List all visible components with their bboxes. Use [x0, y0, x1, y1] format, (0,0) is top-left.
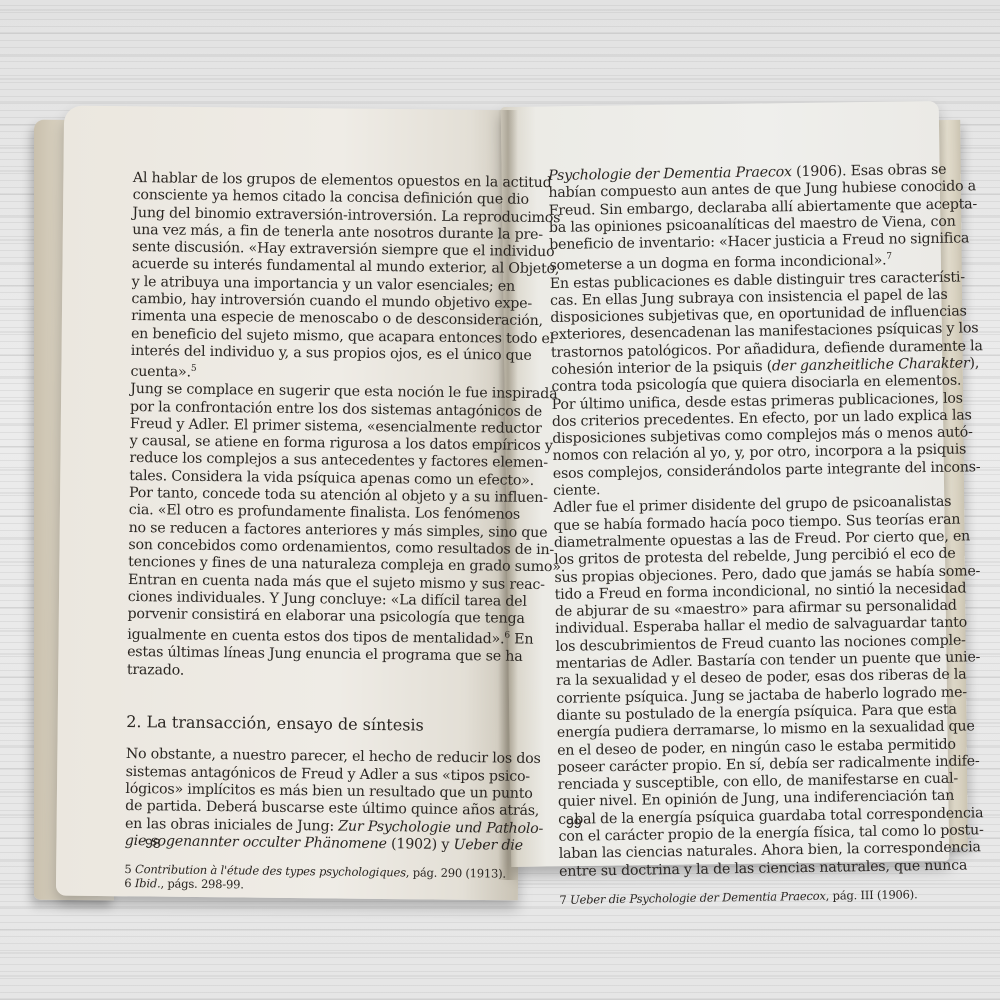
book-title: Ueber die — [453, 837, 523, 854]
section-heading: 2. La transacción, ensayo de síntesis — [126, 713, 484, 735]
footnote-title: Ibid. — [135, 876, 161, 890]
footnote-detail: , pág. III (1906). — [826, 887, 918, 902]
footnote: 7 Ueber die Psychologie der Dementia Pra… — [559, 887, 937, 907]
footnote-ref: 6 — [504, 631, 510, 641]
text-fragment: cuenta». — [130, 364, 191, 381]
paragraph: No obstante, a nuestro parecer, el hecho… — [125, 746, 484, 854]
text-fragment: ), — [969, 355, 979, 371]
paragraph: Psychologie der Dementia Praecox (1906).… — [548, 162, 928, 275]
text-fragment: (1906). Esas obras se — [792, 162, 947, 180]
left-page-text: Al hablar de los grupos de elementos opu… — [124, 170, 491, 894]
book-title: gie sogenannter occulter Phänomene — [125, 833, 387, 852]
paragraph: Jung se complace en sugerir que esta noc… — [127, 381, 489, 683]
open-book: Al hablar de los grupos de elementos opu… — [0, 0, 1000, 1000]
book-title: Psychologie der Dementia Praecox — [548, 164, 792, 184]
text-line: gie sogenannter occulter Phänomene (1902… — [125, 833, 483, 855]
footnote-number: 5 — [124, 862, 131, 876]
text-fragment: En — [514, 632, 533, 648]
footnote-number: 6 — [124, 876, 131, 890]
footnote-detail: , págs. 298-99. — [160, 877, 243, 892]
paragraph: Al hablar de los grupos de elementos opu… — [130, 170, 491, 386]
footnote-ref: 5 — [191, 364, 197, 374]
page-number-right: 99 — [566, 815, 582, 831]
german-term: der ganzheitliche Charakter — [772, 355, 970, 374]
footnote-title: Ueber die Psychologie der Dementia Praec… — [570, 889, 826, 907]
text-fragment: en las obras iniciales de Jung: — [125, 816, 338, 835]
footnote-ref: 7 — [886, 252, 892, 262]
show-through-page-number: 100 — [880, 808, 902, 823]
text-fragment: cohesión interior de la psiquis ( — [551, 359, 772, 378]
footnote-detail: , pág. 290 (1913). — [406, 866, 506, 881]
footnotes: 7 Ueber die Psychologie der Dementia Pra… — [559, 887, 937, 907]
paragraph: En estas publicaciones es dable distingu… — [550, 270, 931, 501]
text-fragment: (1902) y — [387, 836, 454, 853]
footnotes: 5 Contribution à l'étude des types psych… — [124, 862, 482, 894]
book-title: Zur Psychologie und Patholo- — [338, 818, 543, 837]
page-number-left: 98 — [145, 835, 161, 851]
footnote-number: 7 — [559, 893, 566, 907]
right-page-text: Psychologie der Dementia Praecox (1906).… — [548, 162, 938, 907]
